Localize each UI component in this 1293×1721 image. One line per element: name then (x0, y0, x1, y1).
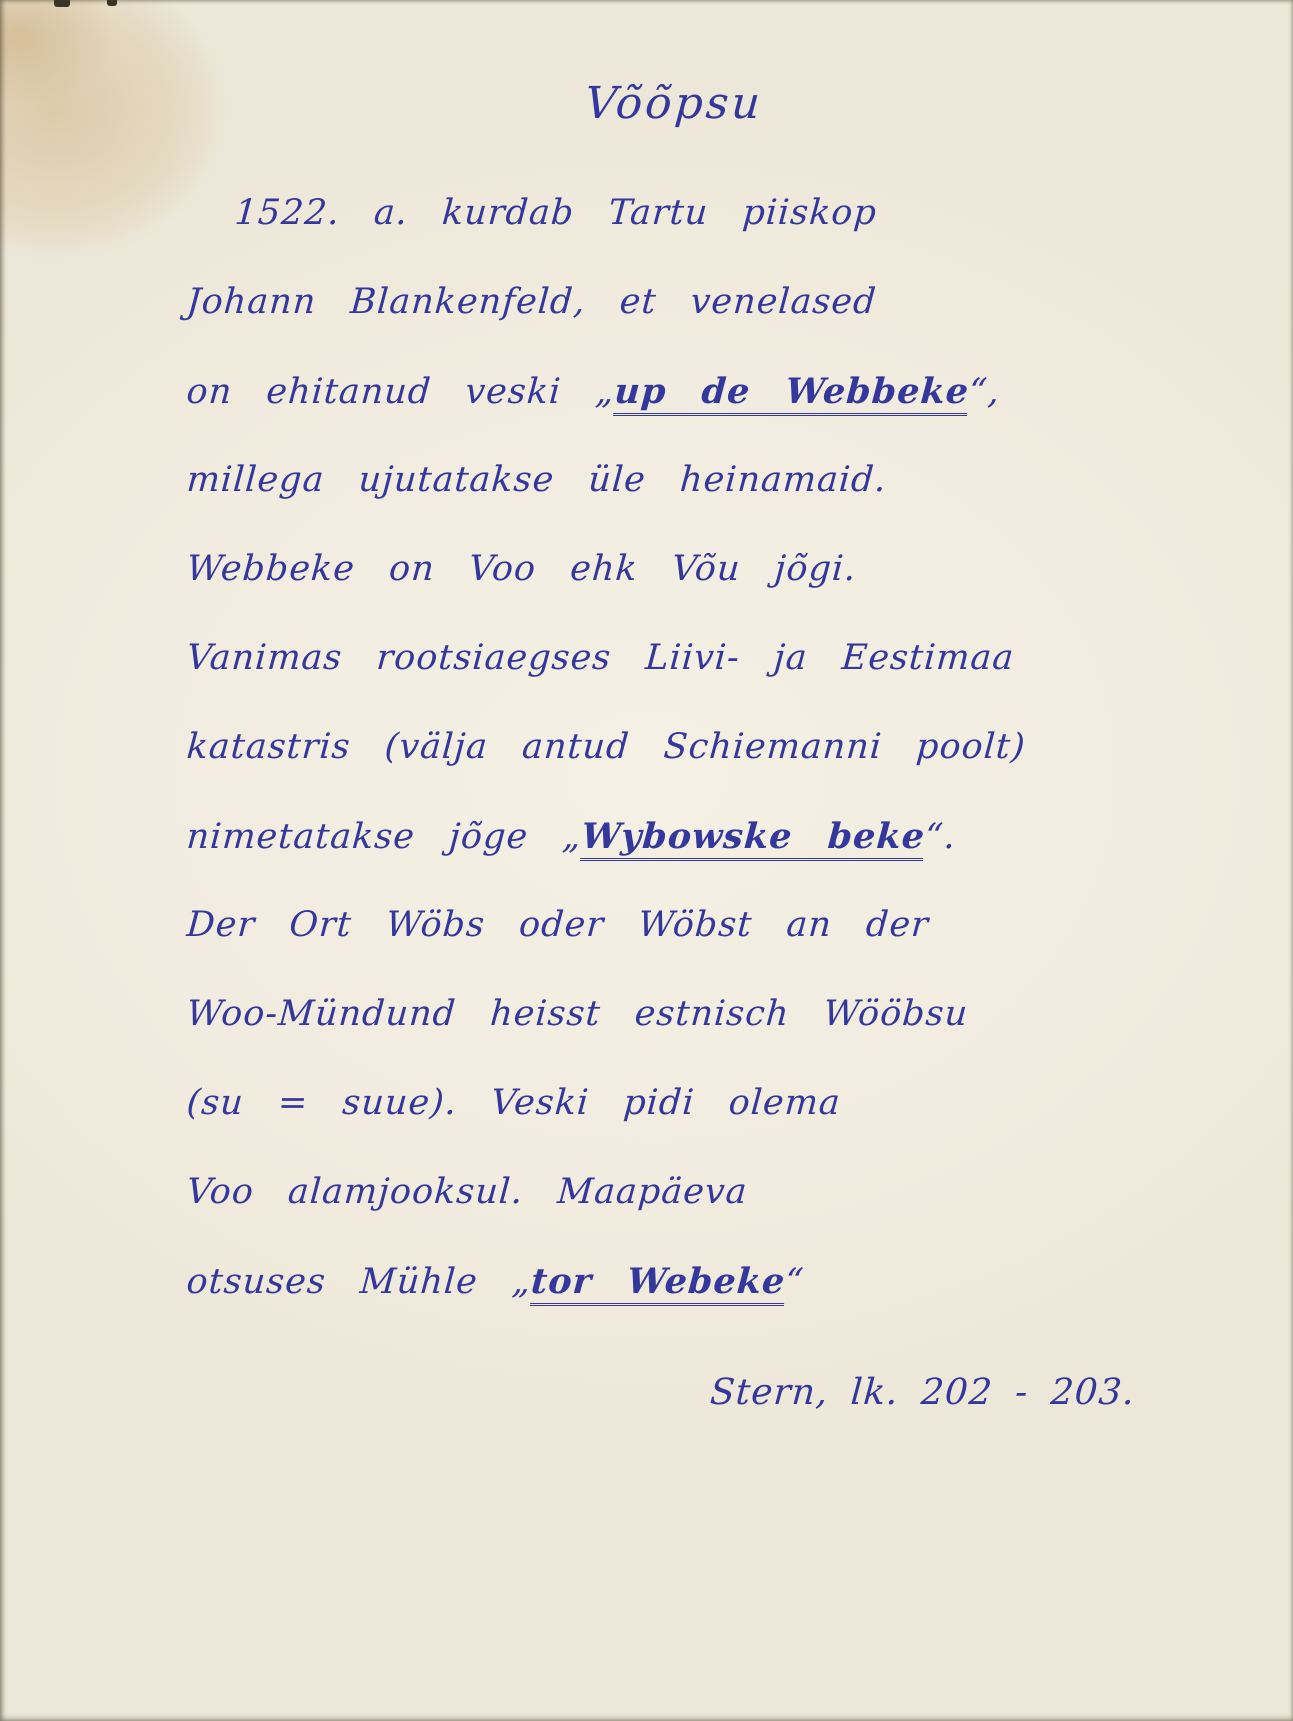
text-segment: et (618, 282, 658, 322)
source-citation: Stern, lk. 202 - 203. (184, 1372, 1165, 1413)
text-segment: ehitanud (265, 372, 433, 412)
text-segment: (su = suue). (185, 1083, 458, 1123)
text-segment: (välja antud (383, 727, 631, 767)
text-segment: on (388, 549, 436, 589)
text-segment: Vanimas (185, 638, 343, 678)
handwritten-line: Der Ort Wöbs oder Wöbst an der (182, 905, 1166, 994)
text-segment: heinamaid. (679, 460, 888, 500)
text-segment: otsuses (185, 1262, 327, 1302)
text-segment: on (185, 372, 233, 412)
text-segment: nimetatakse (185, 817, 416, 857)
text-segment: Wöbs (385, 905, 487, 945)
text-segment: Mühle (359, 1262, 480, 1302)
text-segment: Wööbsu (822, 994, 969, 1034)
text-segment: „ (511, 1262, 533, 1302)
text-segment: jõge (448, 817, 530, 857)
text-segment: an (785, 905, 833, 945)
text-segment: venelased (689, 282, 878, 322)
text-segment: Voo (468, 549, 538, 589)
handwritten-line: Vanimas rootsiaegses Liivi- ja Eestimaa (182, 638, 1166, 727)
text-segment: Eestimaa (840, 638, 1015, 678)
text-segment: jõgi. (773, 549, 857, 589)
scan-edge-mark (54, 0, 70, 7)
text-segment: piiskop (741, 193, 878, 233)
text-segment: Tartu (607, 193, 710, 233)
handwritten-line: 1522. a. kurdab Tartu piiskop (182, 193, 1166, 282)
handwritten-line: (su = suue). Veski pidi olema (182, 1083, 1166, 1172)
text-segment: Liivi- ja (644, 638, 809, 678)
text-segment: kurdab (441, 193, 576, 233)
scanned-page: Võõpsu 1522. a. kurdab Tartu piiskopJoha… (0, 0, 1293, 1721)
text-segment: Woo-Mündund (185, 994, 457, 1034)
handwritten-line: katastris (välja antud Schiemanni poolt) (182, 727, 1166, 816)
note-title: Võõpsu (183, 78, 1165, 129)
underlined-place-name: Wybowske beke (580, 816, 927, 861)
text-segment: Wöbst (637, 905, 754, 945)
text-segment: Voo (185, 1172, 255, 1212)
text-segment: Johann Blankenfeld, (185, 282, 587, 322)
handwritten-line: on ehitanud veski „up de Webbeke“, (182, 371, 1166, 460)
text-segment: alamjooksul. (287, 1172, 525, 1212)
text-segment: Veski (490, 1083, 591, 1123)
text-segment: rootsiaegses (375, 638, 613, 678)
text-segment: ehk (569, 549, 639, 589)
text-segment: Webbeke (185, 549, 356, 589)
text-segment: pidi (622, 1083, 696, 1123)
text-segment: Maapäeva (556, 1172, 749, 1212)
handwritten-line: Johann Blankenfeld, et venelased (182, 282, 1166, 371)
handwritten-line: otsuses Mühle „tor Webeke“ (182, 1261, 1166, 1350)
text-segment: veski (464, 372, 563, 412)
text-segment: Der (185, 905, 256, 945)
text-segment: Schiemanni (662, 727, 883, 767)
text-segment: katastris (185, 727, 352, 767)
text-segment: der (865, 905, 931, 945)
text-segment: üle (587, 460, 647, 500)
handwritten-note: Võõpsu 1522. a. kurdab Tartu piiskopJoha… (185, 78, 1163, 1413)
text-segment: Ort (288, 905, 353, 945)
handwritten-line: nimetatakse jõge „Wybowske beke“. (182, 816, 1166, 905)
text-segment: “, (968, 372, 1002, 412)
text-segment: millega (185, 460, 326, 500)
underlined-place-name: up de Webbeke (613, 371, 971, 416)
underlined-place-name: tor Webeke (529, 1261, 786, 1306)
text-segment: poolt) (915, 727, 1027, 767)
text-segment: 1522. a. (233, 193, 409, 233)
note-lines: 1522. a. kurdab Tartu piiskopJohann Blan… (185, 193, 1163, 1350)
text-segment: “. (924, 817, 958, 857)
text-segment: heisst (489, 994, 602, 1034)
text-segment: “ (784, 1262, 806, 1302)
text-segment: Võu (670, 549, 741, 589)
scan-edge-mark (107, 0, 117, 6)
text-segment: estnisch (633, 994, 790, 1034)
text-segment: ujutatakse (357, 460, 555, 500)
handwritten-line: Webbeke on Voo ehk Võu jõgi. (182, 549, 1166, 638)
text-segment: oder (518, 905, 606, 945)
handwritten-line: Woo-Mündund heisst estnisch Wööbsu (182, 994, 1166, 1083)
handwritten-line: Voo alamjooksul. Maapäeva (182, 1172, 1166, 1261)
text-segment: olema (727, 1083, 842, 1123)
handwritten-line: millega ujutatakse üle heinamaid. (182, 460, 1166, 549)
